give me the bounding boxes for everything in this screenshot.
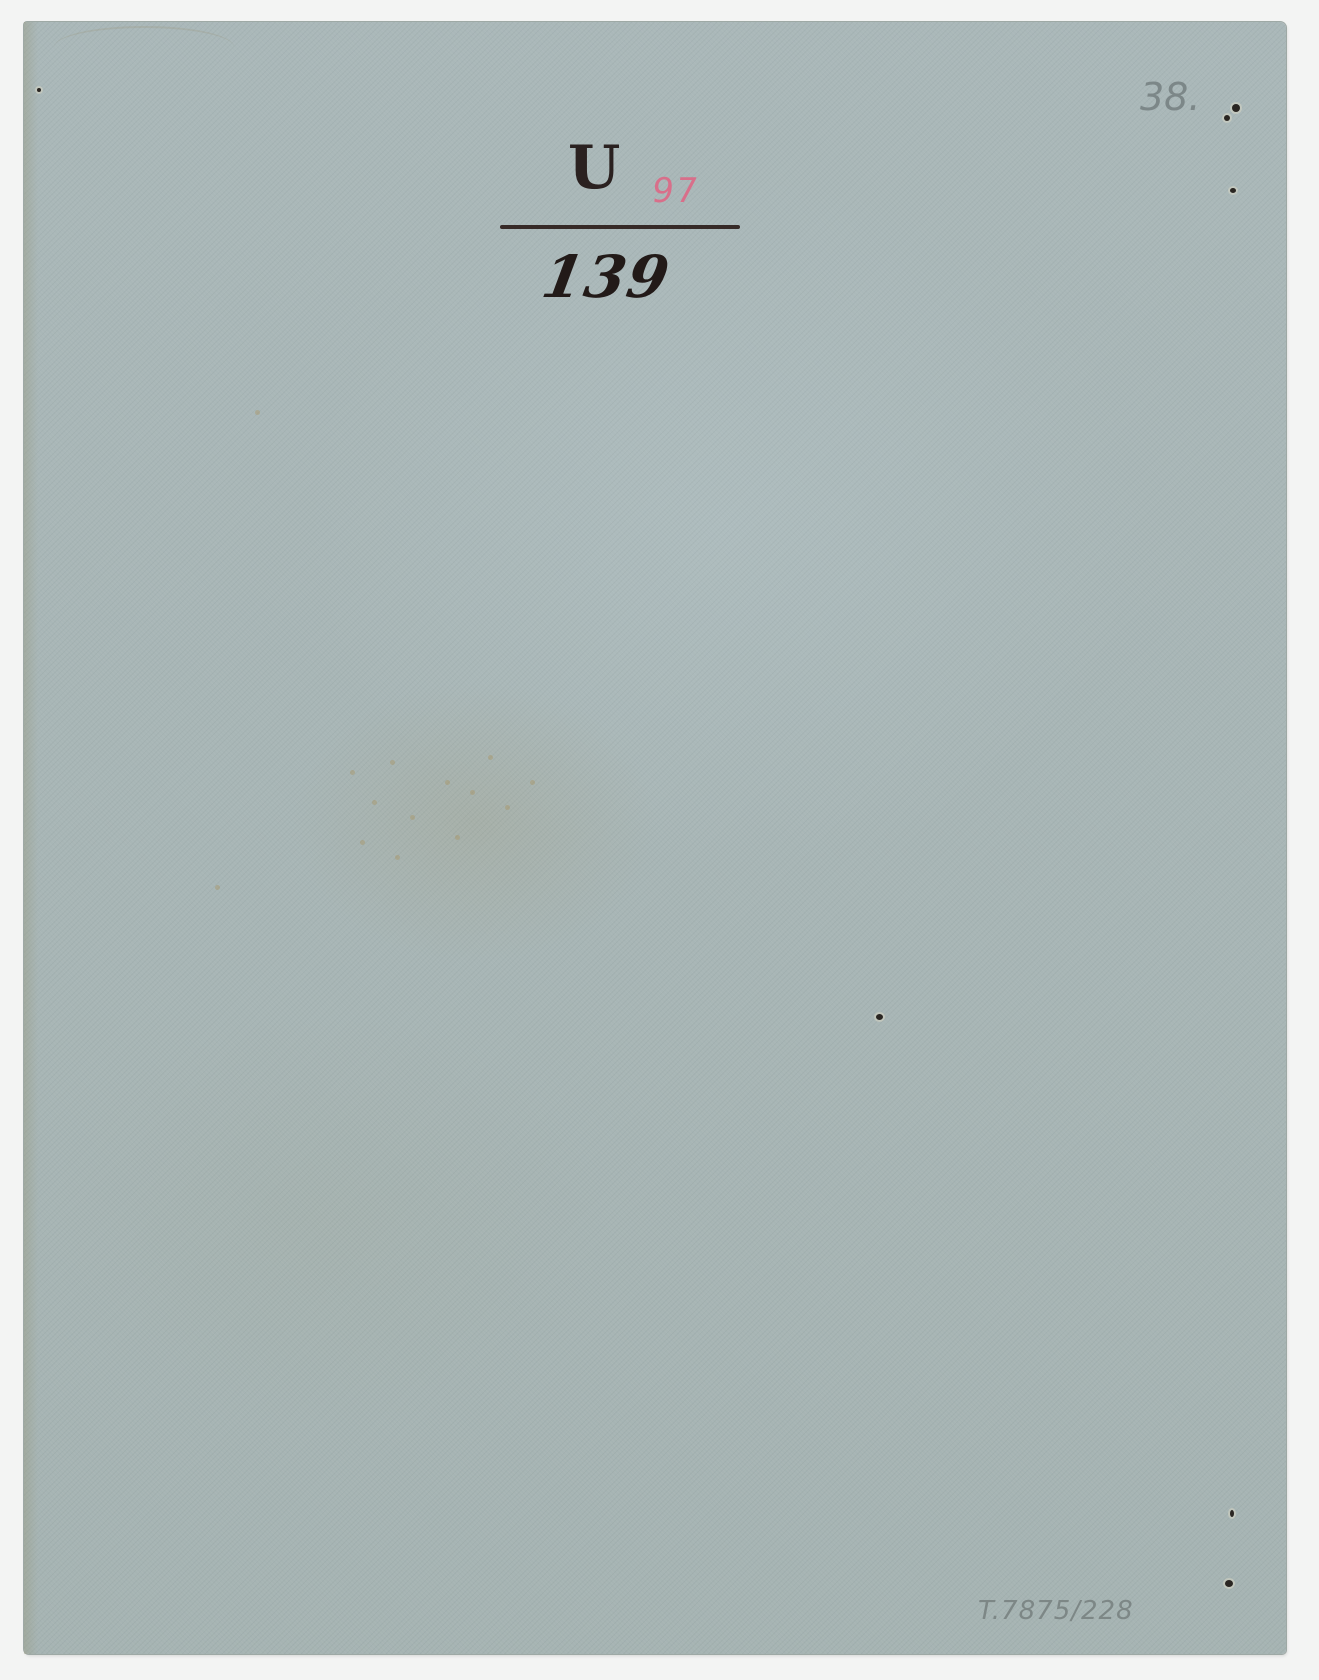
- punch-hole-icon: [1230, 1510, 1234, 1517]
- foxing-spot: [390, 760, 395, 765]
- red-pencil-number: 97: [650, 174, 702, 208]
- foxing-spot: [372, 800, 377, 805]
- scan-background: U 97 139 38. T.7875/228: [0, 0, 1319, 1680]
- catalog-pencil-number: T.7875/228: [978, 1598, 1134, 1624]
- corner-wear: [54, 26, 234, 68]
- foxing-spot: [488, 755, 493, 760]
- folio-pencil-number: 38.: [1140, 78, 1200, 116]
- foxing-spot: [470, 790, 475, 795]
- foxing-spot: [395, 855, 400, 860]
- shelf-letter: U: [568, 138, 620, 198]
- foxing-spot: [530, 780, 535, 785]
- foxing-spot: [410, 815, 415, 820]
- foxing-spot: [350, 770, 355, 775]
- shelf-number: 139: [538, 248, 675, 306]
- foxing-spot: [215, 885, 220, 890]
- foxing-spot: [360, 840, 365, 845]
- binding-edge: [24, 22, 38, 1654]
- punch-hole-icon: [1230, 188, 1236, 193]
- foxing-spot: [445, 780, 450, 785]
- punch-hole-icon: [876, 1014, 883, 1020]
- punch-hole-icon: [1224, 115, 1230, 121]
- foxing-spot: [505, 805, 510, 810]
- foxing-spot: [455, 835, 460, 840]
- foxing-spot: [255, 410, 260, 415]
- fraction-rule: [500, 225, 740, 229]
- punch-hole-icon: [1232, 104, 1240, 112]
- punch-hole-icon: [37, 88, 41, 92]
- punch-hole-icon: [1225, 1580, 1233, 1587]
